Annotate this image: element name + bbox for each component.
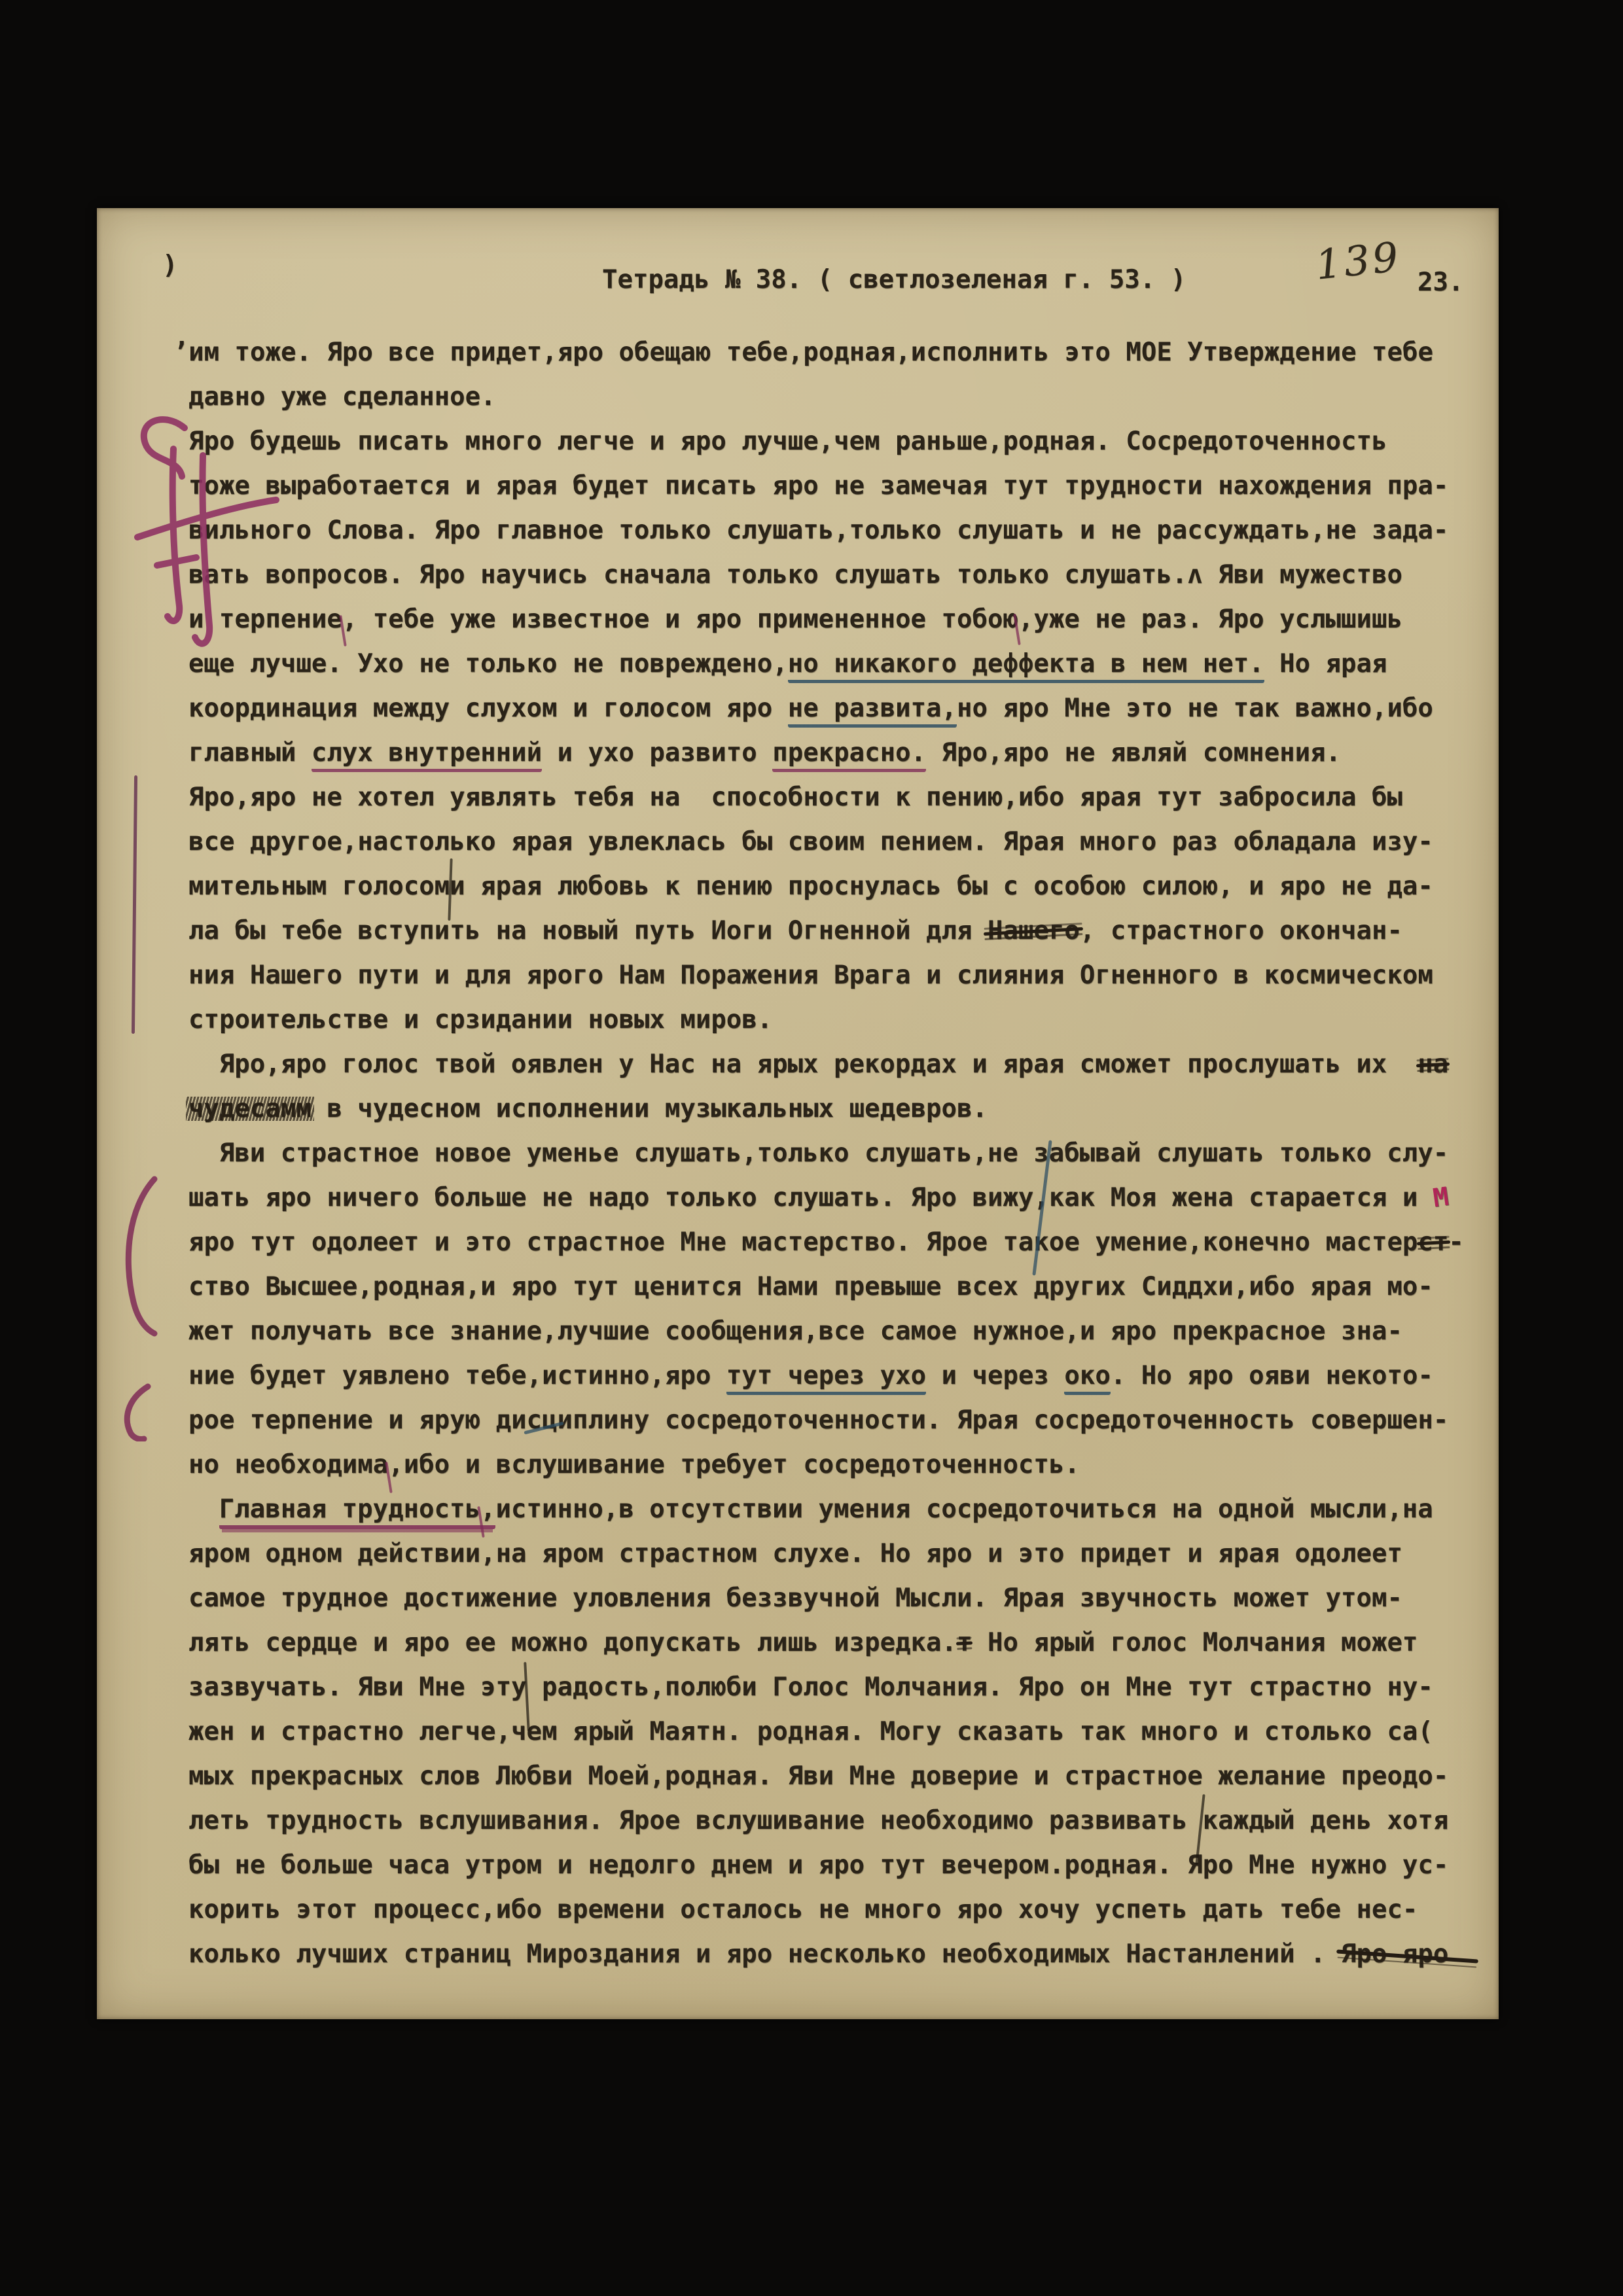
typed-line: зазвучать. Яви Мне эту радость,полюби Го… (188, 1665, 1491, 1710)
purple-underline: слух внутренний (312, 739, 542, 772)
margin-vertical-line-annotation (132, 775, 137, 1034)
typed-text: , страстного окончан- (1080, 916, 1402, 945)
pen-strikeout: Яро яро (1341, 1940, 1448, 1969)
blue-underline: не развита, (788, 694, 957, 728)
typed-text: ния Нашего пути и для ярого Нам Поражени… (188, 961, 1433, 990)
typed-text: Но ярый голос Молчания может (972, 1628, 1418, 1657)
typed-text: но яро Мне это не так важно,ибо (957, 694, 1433, 723)
typed-text: Яро,яро не являй сомнения. (926, 738, 1341, 768)
typed-text: Яви страстное новое уменье слушать,тольк… (219, 1139, 1448, 1168)
typed-line: но необходима,ибо и вслушивание требует … (188, 1443, 1491, 1487)
purple-bracket-icon (115, 1383, 154, 1441)
typed-line: вать вопросов. Яро научись сначала тольк… (188, 553, 1491, 597)
typed-line: шать яро ничего больше не надо только сл… (188, 1176, 1491, 1220)
typed-line: бы не больше часа утром и недолго днем и… (188, 1843, 1491, 1888)
typed-text: строительстве и срзидании новых миров. (188, 1005, 772, 1034)
typed-text: мых прекрасных слов Любви Моей,родная. Я… (188, 1761, 1448, 1791)
typed-text: жен и страстно легче,чем ярый Маятн. род… (188, 1717, 1433, 1746)
purple-underline: прекрасно. (772, 739, 926, 772)
pen-strikeout: Нашего (988, 917, 1080, 945)
margin-monogram-annotation (111, 410, 281, 684)
purple-bracket-icon (116, 1174, 162, 1337)
red-ink-mark: М (1430, 1175, 1452, 1222)
pen-strikeout: т (957, 1629, 972, 1657)
typed-line: еще лучше. Ухо не только не повреждено,н… (188, 642, 1491, 686)
typed-line: колько лучших страниц Мироздания и яро н… (188, 1932, 1491, 1977)
typed-text: яром одном действии,на яром страстном сл… (188, 1539, 1402, 1568)
typed-text: ство Высшее,родная,и яро тут ценится Нам… (188, 1272, 1433, 1301)
typed-text: вильного Слова. Яро главное только слуша… (188, 516, 1448, 545)
typed-text: мительным голосоми ярая любовь к пению п… (188, 872, 1433, 901)
typed-text: жет получать все знание,лучшие сообщения… (188, 1316, 1402, 1346)
typed-text: истинно,в отсутствии умения сосредоточит… (495, 1494, 1433, 1524)
typed-text: . Но яро ояви некото- (1111, 1361, 1433, 1390)
typed-line: ния Нашего пути и для ярого Нам Поражени… (188, 953, 1491, 998)
scanned-photo: ) Тетрадь № 38. ( светлозеленая г. 53. )… (0, 0, 1623, 2296)
blue-underline: но никакого деффекта в нем нет. (788, 650, 1264, 683)
typed-text: рое терпение и ярую дисциплину сосредото… (188, 1405, 1448, 1435)
purple-underline: Главная трудность, (219, 1495, 496, 1529)
typed-text: корить этот процесс,ибо времени осталось… (188, 1895, 1418, 1924)
handwritten-page-number: 139 (1313, 232, 1403, 289)
typed-text: вать вопросов. Яро научись сначала тольк… (188, 560, 1402, 590)
typed-text: бы не больше часа утром и недолго днем и… (188, 1850, 1448, 1880)
typed-line: мых прекрасных слов Любви Моей,родная. Я… (188, 1754, 1491, 1799)
typed-line: ла бы тебе вступить на новый путь Иоги О… (188, 909, 1491, 953)
typed-text: колько лучших страниц Мироздания и яро н… (188, 1939, 1341, 1969)
typed-text: координация между слухом и голосом яро (188, 694, 788, 723)
typed-text: Яро,яро не хотел уявлять тебя на способн… (188, 783, 1402, 812)
typed-line: и терпение, тебе уже известное и яро при… (188, 597, 1491, 642)
typed-line: самое трудное достижение уловления беззв… (188, 1576, 1491, 1621)
typed-line: все другое,настолько ярая увлеклась бы с… (188, 820, 1491, 864)
typed-text: леть трудность вслушивания. Ярое вслушив… (188, 1806, 1448, 1835)
typed-line: строительстве и срзидании новых миров. (188, 998, 1491, 1042)
typed-line: вильного Слова. Яро главное только слуша… (188, 508, 1491, 553)
stray-paren-mark: ) (162, 243, 177, 288)
typed-line: жен и страстно легче,чем ярый Маятн. род… (188, 1710, 1491, 1754)
typed-text: тоже выработается и ярая будет писать яр… (188, 471, 1448, 501)
typed-text: главный (188, 738, 312, 768)
typed-line: яро тут одолеет и это страстное Мне маст… (188, 1220, 1491, 1265)
typed-line: чудесамм в чудесном исполнении музыкальн… (188, 1087, 1491, 1131)
blue-underline: тут через ухо (726, 1362, 926, 1395)
typed-line: координация между слухом и голосом яро н… (188, 686, 1491, 731)
typed-line: Главная трудность,истинно,в отсутствии у… (219, 1487, 1491, 1532)
typed-text: яро тут одолеет и это страстное Мне маст… (188, 1227, 1418, 1257)
typed-text: Яро,яро голос твой оявлен у Нас на ярых … (219, 1050, 1418, 1079)
typed-text: Но ярая (1264, 649, 1387, 679)
typed-text: ’им тоже. Яро все придет,яро обещаю тебе… (173, 338, 1433, 367)
pen-strikeout: ст (1418, 1228, 1448, 1257)
typed-line: яром одном действии,на яром страстном сл… (188, 1532, 1491, 1576)
typed-line: ние будет уявлено тебе,истинно,яро тут ч… (188, 1354, 1491, 1398)
typed-line: тоже выработается и ярая будет писать яр… (188, 464, 1491, 508)
typed-line: Яро,яро голос твой оявлен у Нас на ярых … (219, 1042, 1491, 1087)
typed-line: рое терпение и ярую дисциплину сосредото… (188, 1398, 1491, 1443)
typed-text: ние будет уявлено тебе,истинно,яро (188, 1361, 726, 1390)
typed-text: давно уже сделанное. (188, 382, 496, 412)
typed-line: ’им тоже. Яро все придет,яро обещаю тебе… (173, 330, 1491, 375)
typed-line: давно уже сделанное. (188, 375, 1491, 419)
typed-line: Яро,яро не хотел уявлять тебя на способн… (188, 775, 1491, 820)
margin-bracket-annotation (116, 1174, 162, 1337)
pen-strikeout: на (1418, 1050, 1448, 1079)
margin-small-bracket-annotation (115, 1383, 154, 1441)
typed-line: жет получать все знание,лучшие сообщения… (188, 1309, 1491, 1354)
typed-text: ла бы тебе вступить на новый путь Иоги О… (188, 916, 988, 945)
typed-text: самое трудное достижение уловления беззв… (188, 1583, 1402, 1613)
typed-text: но необходима,ибо и вслушивание требует … (188, 1450, 1080, 1479)
typed-line: леть трудность вслушивания. Ярое вслушив… (188, 1799, 1491, 1843)
manuscript-page: ) Тетрадь № 38. ( светлозеленая г. 53. )… (97, 208, 1499, 2019)
typed-text: шать яро ничего больше не надо только сл… (188, 1183, 1433, 1212)
typed-line: Яро будешь писать много легче и яро лучш… (188, 419, 1491, 464)
typed-text: и ухо развито (542, 738, 772, 768)
typed-lines: ’им тоже. Яро все придет,яро обещаю тебе… (188, 330, 1491, 1977)
typed-line: корить этот процесс,ибо времени осталось… (188, 1888, 1491, 1932)
purple-ink-squiggle-icon (111, 410, 281, 684)
typed-text: и через (926, 1361, 1064, 1390)
typed-text: зазвучать. Яви Мне эту радость,полюби Го… (188, 1672, 1433, 1702)
typed-text: лять сердце и яро ее можно допускать лиш… (188, 1628, 957, 1657)
typed-line: лять сердце и яро ее можно допускать лиш… (188, 1621, 1491, 1665)
typed-text: и терпение, тебе уже известное и яро при… (188, 605, 1402, 634)
typed-text: все другое,настолько ярая увлеклась бы с… (188, 827, 1433, 857)
typed-line: Яви страстное новое уменье слушать,тольк… (219, 1131, 1491, 1176)
typed-line: ство Высшее,родная,и яро тут ценится Нам… (188, 1265, 1491, 1309)
typed-text: в чудесном исполнении музыкальных шедевр… (312, 1094, 988, 1123)
typed-text: - (1448, 1227, 1463, 1257)
typed-line: главный слух внутренний и ухо развито пр… (188, 731, 1491, 775)
overtyped-strikeout: чудесамм (188, 1095, 312, 1123)
typed-line: мительным голосоми ярая любовь к пению п… (188, 864, 1491, 909)
blue-underline: око (1064, 1362, 1110, 1395)
notebook-title: Тетрадь № 38. ( светлозеленая г. 53. ) (602, 258, 1186, 302)
typed-page-number: 23. (1418, 260, 1463, 305)
typed-text: Яро будешь писать много легче и яро лучш… (188, 427, 1387, 456)
